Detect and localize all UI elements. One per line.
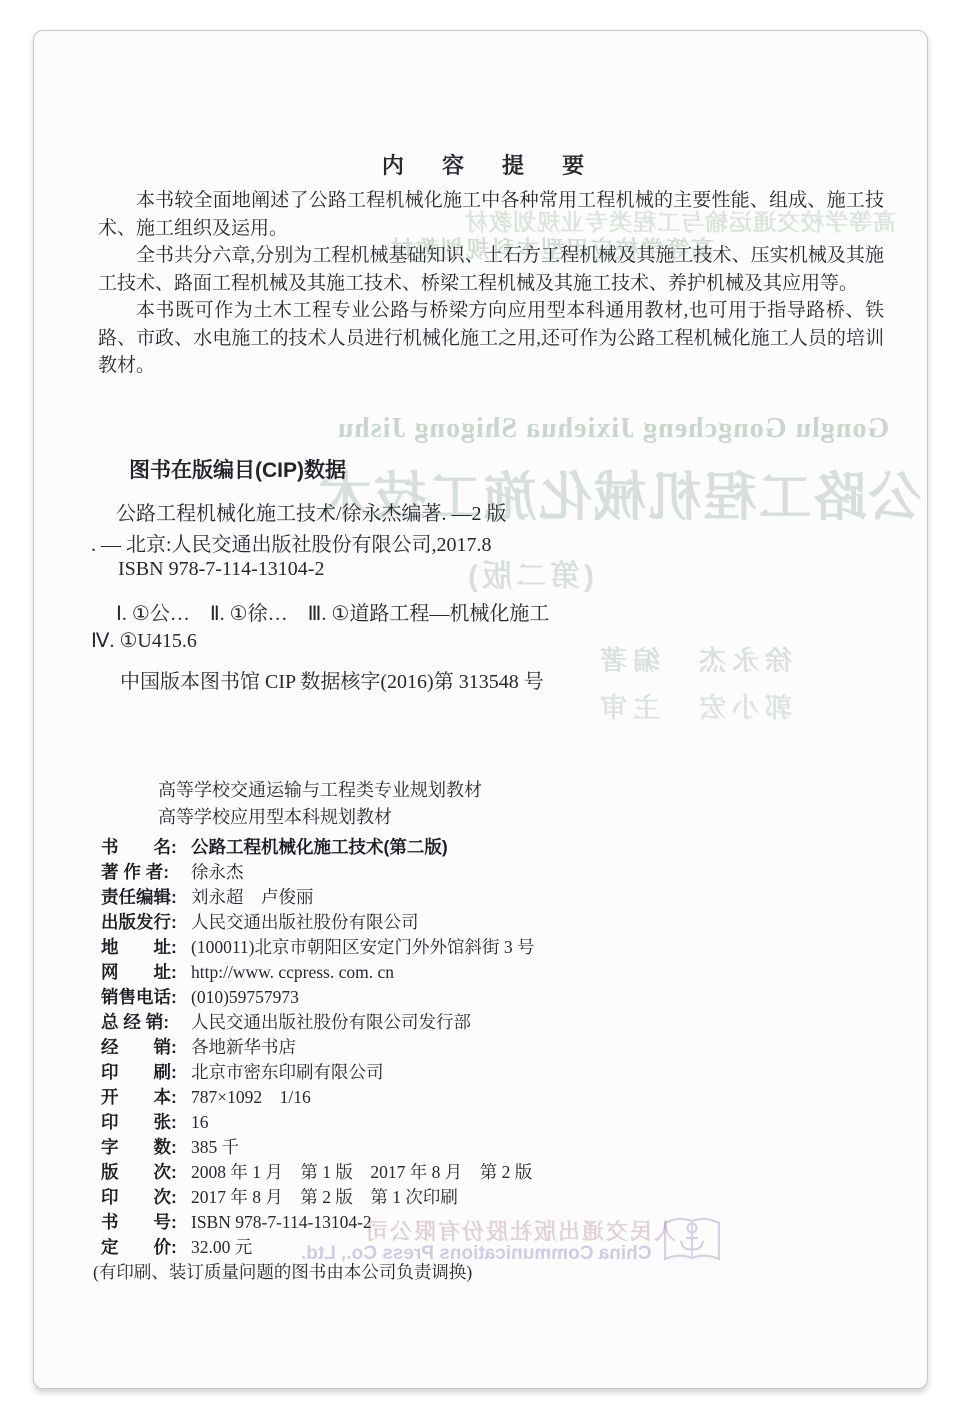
pub-row-isbn: 书 号:ISBN 978-7-114-13104-2 [101,1210,535,1235]
publisher-logo-watermark-icon [661,1211,723,1269]
pub-row-label: 开 本: [101,1085,185,1110]
pub-row-editor: 责任编辑:刘永超 卢俊丽 [101,885,535,910]
pub-row-label: 销售电话: [101,985,185,1010]
pub-row-label: 字 数: [101,1135,185,1160]
series-title-line: 高等学校交通运输与工程类专业规划教材 [158,777,482,804]
pub-row-value: 公路工程机械化施工技术(第二版) [191,835,448,860]
pub-row-word-count: 字 数:385 千 [101,1135,535,1160]
pub-row-value: 32.00 元 [191,1235,252,1260]
pub-row-distributor: 经 销:各地新华书店 [101,1035,535,1060]
pub-row-value: ISBN 978-7-114-13104-2 [191,1210,372,1235]
pub-row-price: 定 价:32.00 元 [101,1235,535,1260]
pub-row-label: 印 张: [101,1110,185,1135]
quality-exchange-note: (有印刷、装订质量问题的图书由本公司负责调换) [93,1260,535,1285]
pub-row-label: 经 销: [101,1035,185,1060]
showthrough-reviewer-line: 郭小宏 主审 [594,686,792,725]
pub-row-label: 书 名: [101,835,185,860]
pub-row-publisher: 出版发行:人民交通出版社股份有限公司 [101,910,535,935]
summary-paragraph: 本书既可作为土木工程专业公路与桥梁方向应用型本科通用教材,也可用于指导路桥、铁路… [98,297,884,380]
pub-row-value: 北京市密东印刷有限公司 [191,1060,384,1085]
pub-row-printer: 印 刷:北京市密东印刷有限公司 [101,1060,535,1085]
pub-row-general-distributor: 总 经 销:人民交通出版社股份有限公司发行部 [101,1010,535,1035]
cip-line: . — 北京:人民交通出版社股份有限公司,2017.8 [91,528,492,557]
pub-row-label: 定 价: [101,1235,185,1260]
pub-row-label: 网 址: [101,960,185,985]
pub-row-address: 地 址:(100011)北京市朝阳区安定门外外馆斜街 3 号 [101,935,535,960]
showthrough-edition: (第二版) [464,551,594,595]
pub-row-sales-phone: 销售电话:(010)59757973 [101,985,535,1010]
cip-record-number-line: 中国版本图书馆 CIP 数据核字(2016)第 313548 号 [120,665,544,694]
pub-row-value: 787×1092 1/16 [191,1085,311,1110]
cip-classification-line: Ⅰ. ①公… Ⅱ. ①徐… Ⅲ. ①道路工程—机械化施工 [116,597,549,626]
pub-row-label: 印 次: [101,1185,185,1210]
pub-row-edition: 版 次:2008 年 1 月 第 1 版 2017 年 8 月 第 2 版 [101,1160,535,1185]
pub-row-value: 刘永超 卢俊丽 [191,885,314,910]
summary-paragraph: 全书共分六章,分别为工程机械基础知识、土石方工程机械及其施工技术、压实机械及其施… [98,242,884,297]
pub-row-value: (010)59757973 [191,985,299,1010]
showthrough-author-line: 徐永杰 编著 [594,639,792,678]
pub-row-website: 网 址:http://www. ccpress. com. cn [101,960,535,985]
series-titles: 高等学校交通运输与工程类专业规划教材 高等学校应用型本科规划教材 [158,777,482,831]
content-summary-title: 内 容 提 要 [98,149,884,180]
pub-row-value: 385 千 [191,1135,239,1160]
pub-row-format: 开 本:787×1092 1/16 [101,1085,535,1110]
page-card: 高等学校交通运输与工程类专业规划教材 高等学校应用型本科规划教材 Gonglu … [33,30,928,1389]
scanned-copyright-page: 高等学校交通运输与工程类专业规划教材 高等学校应用型本科规划教材 Gonglu … [0,0,960,1420]
series-title-line: 高等学校应用型本科规划教材 [158,804,482,831]
publication-info-list: 书 名:公路工程机械化施工技术(第二版) 著 作 者:徐永杰 责任编辑:刘永超 … [101,835,535,1285]
showthrough-pinyin-title: Gonglu Gongcheng Jixiehua Shigong Jishu [291,413,928,445]
pub-row-value: http://www. ccpress. com. cn [191,960,394,985]
cip-isbn-line: ISBN 978-7-114-13104-2 [118,558,324,581]
pub-row-label: 印 刷: [101,1060,185,1085]
pub-row-value: 人民交通出版社股份有限公司发行部 [191,1010,471,1035]
pub-row-sheets: 印 张:16 [101,1110,535,1135]
pub-row-label: 总 经 销: [101,1010,185,1035]
cip-heading: 图书在版编目(CIP)数据 [129,454,346,484]
pub-row-label: 责任编辑: [101,885,185,910]
pub-row-label: 出版发行: [101,910,185,935]
pub-row-book-title: 书 名:公路工程机械化施工技术(第二版) [101,835,535,860]
pub-row-label: 著 作 者: [101,860,185,885]
pub-row-value: 徐永杰 [191,860,244,885]
pub-row-value: 16 [191,1110,209,1135]
pub-row-label: 书 号: [101,1210,185,1235]
pub-row-value: 2017 年 8 月 第 2 版 第 1 次印刷 [191,1185,458,1210]
pub-row-value: 人民交通出版社股份有限公司 [191,910,419,935]
pub-row-author: 著 作 者:徐永杰 [101,860,535,885]
pub-row-label: 地 址: [101,935,185,960]
pub-row-printing: 印 次:2017 年 8 月 第 2 版 第 1 次印刷 [101,1185,535,1210]
pub-row-value: 2008 年 1 月 第 1 版 2017 年 8 月 第 2 版 [191,1160,532,1185]
pub-row-value: 各地新华书店 [191,1035,296,1060]
pub-row-value: (100011)北京市朝阳区安定门外外馆斜街 3 号 [191,935,535,960]
content-summary-body: 本书较全面地阐述了公路工程机械化施工中各种常用工程机械的主要性能、组成、施工技术… [98,187,884,380]
pub-row-label: 版 次: [101,1160,185,1185]
cip-classification-line: Ⅳ. ①U415.6 [91,628,197,653]
cip-line: 公路工程机械化施工技术/徐永杰编著. —2 版 [116,497,507,526]
summary-paragraph: 本书较全面地阐述了公路工程机械化施工中各种常用工程机械的主要性能、组成、施工技术… [98,187,884,242]
